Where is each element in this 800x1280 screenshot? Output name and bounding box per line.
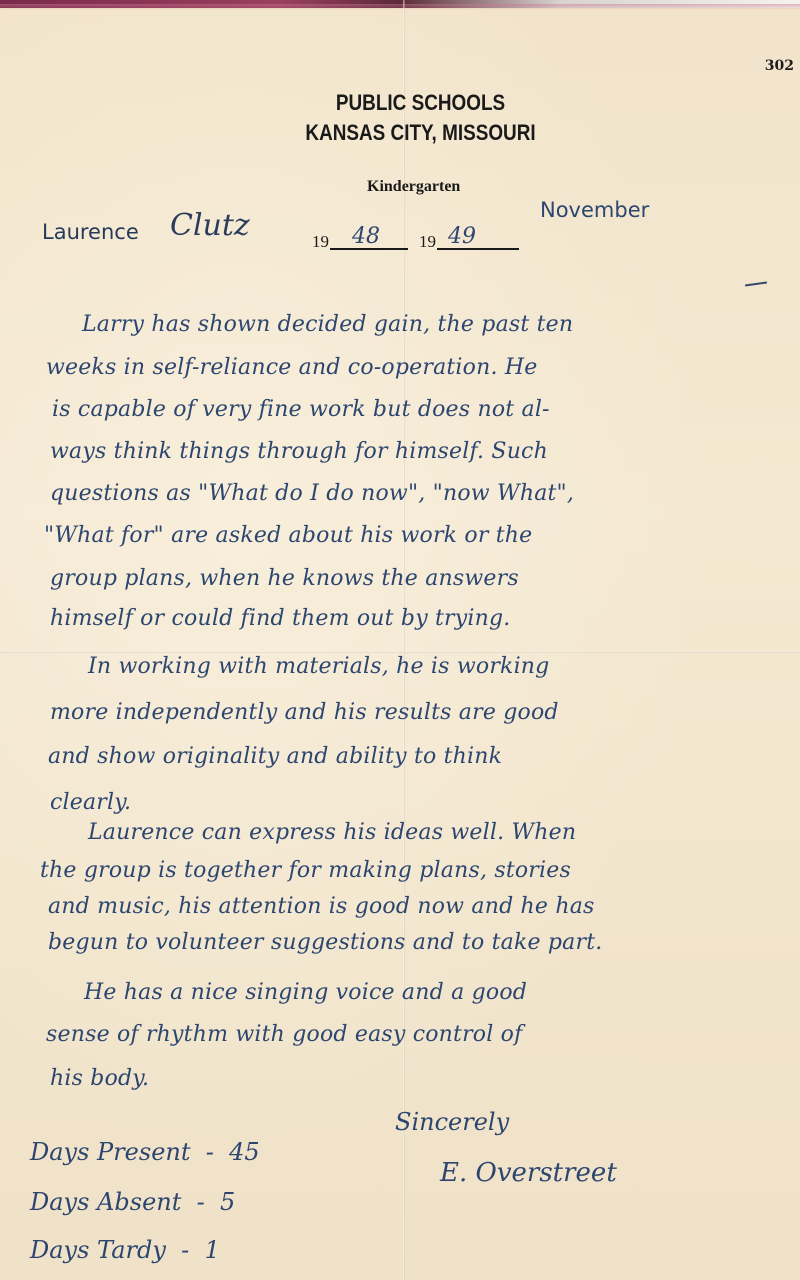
- report-line: weeks in self-reliance and co-operation.…: [46, 355, 537, 380]
- report-line: "What for" are asked about his work or t…: [44, 523, 532, 548]
- report-line: begun to volunteer suggestions and to ta…: [48, 930, 602, 955]
- year-start-value: 48: [352, 224, 380, 249]
- report-line: group plans, when he knows the answers: [50, 566, 519, 591]
- days-tardy-label: Days Tardy: [30, 1236, 166, 1264]
- letterhead-city: KANSAS CITY, MISSOURI: [77, 120, 765, 146]
- grade-label: Kindergarten: [367, 178, 460, 196]
- year-prefix-start: 19: [312, 232, 329, 252]
- days-present-row: Days Present - 45: [30, 1138, 260, 1166]
- report-line: is capable of very fine work but does no…: [52, 397, 550, 422]
- report-line: sense of rhythm with good easy control o…: [46, 1022, 522, 1047]
- page-number: 302: [765, 58, 794, 74]
- report-line: Laurence can express his ideas well. Whe…: [88, 820, 576, 845]
- days-present-label: Days Present: [30, 1138, 191, 1166]
- report-line: himself or could find them out by trying…: [50, 606, 510, 631]
- report-line: In working with materials, he is working: [88, 654, 549, 679]
- report-line: more independently and his results are g…: [50, 700, 559, 725]
- horizontal-fold-crease: [0, 651, 800, 653]
- dash: -: [189, 1188, 212, 1216]
- report-line: the group is together for making plans, …: [40, 858, 571, 883]
- days-tardy-value: 1: [205, 1236, 220, 1264]
- report-line: his body.: [50, 1066, 149, 1091]
- report-line: questions as "What do I do now", "now Wh…: [50, 481, 574, 506]
- days-absent-label: Days Absent: [30, 1188, 181, 1216]
- teacher-signature: E. Overstreet: [440, 1158, 617, 1188]
- days-present-value: 45: [229, 1138, 260, 1166]
- report-line: clearly.: [50, 790, 131, 815]
- torn-edge-shadow: [0, 4, 800, 10]
- report-card-page: 302 PUBLIC SCHOOLS KANSAS CITY, MISSOURI…: [0, 0, 800, 1280]
- report-line: Larry has shown decided gain, the past t…: [82, 312, 573, 337]
- report-line: and show originality and ability to thin…: [48, 744, 502, 769]
- days-absent-row: Days Absent - 5: [30, 1188, 235, 1216]
- year-prefix-end: 19: [419, 232, 436, 252]
- days-absent-value: 5: [220, 1188, 235, 1216]
- report-month: November: [540, 198, 649, 222]
- report-line: He has a nice singing voice and a good: [84, 980, 527, 1005]
- report-line: and music, his attention is good now and…: [48, 894, 595, 919]
- closing-salutation: Sincerely: [395, 1108, 509, 1136]
- days-tardy-row: Days Tardy - 1: [30, 1236, 220, 1264]
- dash: -: [198, 1138, 221, 1166]
- report-line: ways think things through for himself. S…: [50, 439, 548, 464]
- student-last-name: Clutz: [170, 208, 250, 243]
- pen-mark: [745, 281, 767, 286]
- letterhead-title: PUBLIC SCHOOLS: [77, 90, 765, 116]
- student-first-name: Laurence: [42, 220, 139, 244]
- year-end-value: 49: [448, 224, 476, 249]
- dash: -: [174, 1236, 197, 1264]
